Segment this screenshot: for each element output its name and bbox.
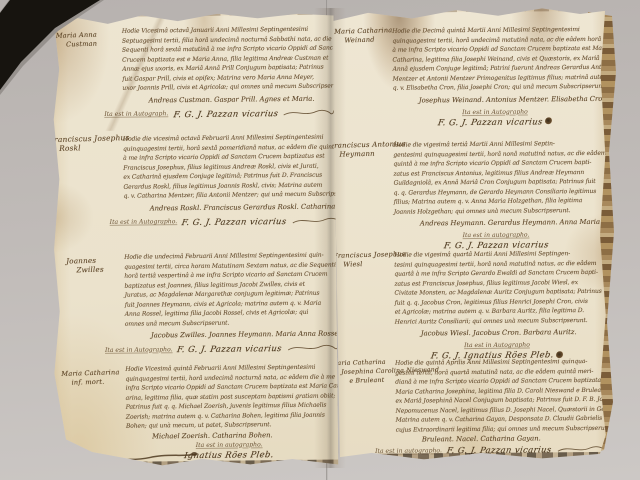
attestation-row: Ita est in autographo. F. G. J. Pazzan v… (394, 231, 598, 251)
margin-note: JoannesZwilles (66, 256, 104, 275)
manuscript-line: q. v. Catharina Mentzer, filia Antonii M… (124, 190, 330, 202)
entry-body-text: Hodie die vicesimâ octavâ Februarii Anni… (123, 133, 330, 202)
register-entry: Hodie Vicesimâ octavâ Januarii Anni Mill… (122, 25, 329, 120)
register-entry: Hodie die undecimâ Februarii Anni Milles… (124, 251, 331, 355)
attestation-row: Ita est in Autographo. F. G. J. Pazzan v… (125, 343, 331, 355)
witness-line: Bruleant. Nacel. Catharina Gayan. (422, 434, 600, 444)
flourish-icon (283, 107, 335, 118)
register-entry: Hodie die vigesimâ tertiâ Martii Anni Mi… (393, 139, 598, 251)
entry-body-text: Hodie die Decimâ quintâ Martii Anni Mill… (392, 25, 597, 93)
entry-body-text: Hodie die vigesimâ tertiâ Martii Anni Mi… (393, 139, 598, 217)
ink-blot (614, 445, 621, 452)
attestation-label: Ita est in autographo. (375, 447, 442, 455)
flourish-icon (287, 342, 339, 353)
register-entry: Hodie die vigesimâ quartâ Martii Anni Mi… (394, 249, 599, 361)
attestation-label: Ita est in Autographo (462, 108, 528, 116)
margin-note: Maria CatharinaWeinand (334, 26, 393, 46)
margin-note: Franciscus JosephusRoskl (49, 133, 130, 153)
manuscript-line: Custman (66, 40, 97, 50)
signature: F. G. J. Pazzan vicarius (437, 116, 543, 127)
manuscript-line: omnes unâ mecum Subscripserunt. (125, 317, 331, 329)
page-right: Maria CatharinaWeinand Franciscus Antoni… (328, 5, 616, 461)
manuscript-line: Zwilles (76, 265, 104, 275)
manuscript-line: Joannis Holzgethan; qui omnes unà mecum … (394, 205, 598, 216)
page-left: Maria AnnaCustman Franciscus JosephusRos… (46, 9, 339, 470)
attestation-label: Ita est in autographo. (196, 441, 263, 449)
signature: F. G. J. Pazzan vicarius (173, 108, 279, 119)
attestation-label: Ita est in autographo. (463, 231, 530, 239)
register-entry: Hodie die Decimâ quintâ Martii Anni Mill… (392, 25, 597, 127)
register-entry: Hodie die quintâ Aprilis Anni Millesimi … (395, 357, 600, 456)
manuscript-scan-photo: Maria AnnaCustman Franciscus JosephusRos… (0, 0, 640, 480)
attestation-label: Ita est in Autographo. (105, 346, 173, 354)
attestation-row: Ita est in Autograph. F. G. J. Pazzan vi… (123, 107, 329, 119)
register-entry: Hodie Vicesimâ quintâ Februarii Anni Mil… (125, 363, 332, 461)
manuscript-line: Roskl (59, 142, 130, 153)
manuscript-line: inf. mort. (71, 377, 119, 387)
witness-line: Jacobus Wiesl. Jacobus Cron. Barbara Aur… (421, 328, 599, 338)
manuscript-line: q. v. Elisabetha Cron, filia Josephi Cro… (393, 82, 597, 93)
signature: F. G. J. Pazzan vicarius (177, 343, 283, 354)
entry-body-text: Hodie die quintâ Aprilis Anni Millesimi … (395, 357, 600, 435)
margin-note: Maria AnnaCustman (56, 31, 98, 50)
witness-line: Josephus Weinand. Antonius Mentzer. Elis… (419, 94, 597, 104)
witness-line: Andreas Heymann. Gerardus Heymann. Anna … (420, 218, 598, 228)
manuscript-line: Henrici Auritz Consiliarii; qui omnes un… (395, 315, 599, 326)
attestation-row: Ita est in autographo. F. G. J. Pazzan v… (396, 444, 600, 456)
signature: F. G. J. Pazzan vicarius (446, 444, 552, 455)
entry-body-text: Hodie die vigesimâ quartâ Martii Anni Mi… (394, 249, 599, 327)
margin-note: Maria Catharinainf. mort. (61, 368, 120, 388)
signature-swash-icon (68, 448, 198, 463)
attestation-row: Ita est in Autographo. F. G. J. Pazzan v… (124, 215, 330, 227)
attestation-row: Ita est in autographo. Ignatius Röes Ple… (126, 440, 332, 460)
register-entry: Hodie die vicesimâ octavâ Februarii Anni… (123, 133, 330, 228)
attestation-row: Ita est in Autographo F. G. J. Pazzan vi… (393, 107, 597, 127)
witness-line: Andreas Roskl. Franciscus Gerardus Roskl… (150, 202, 330, 212)
signature-line: F. G. J. Pazzan vicarius (438, 116, 553, 127)
manuscript-line: Weinand (344, 35, 392, 45)
attestation-label: Ita est in Autograph. (104, 110, 168, 118)
manuscript-line: cujus Extraordinarii legitima filia; qui… (396, 423, 600, 434)
witness-line: Andreas Custman. Gaspar Prill. Agnes et … (148, 94, 328, 104)
attestation-label: Ita est in Autographo (464, 341, 530, 349)
entry-body-text: Hodie die undecimâ Februarii Anni Milles… (124, 251, 331, 329)
signature: F. G. J. Pazzan vicarius (181, 215, 287, 226)
entry-body-text: Hodie Vicesimâ octavâ Januarii Anni Mill… (122, 25, 329, 94)
witness-line: Michael Zoerish. Catharina Bohen. (152, 430, 332, 440)
entry-body-text: Hodie Vicesimâ quintâ Februarii Anni Mil… (125, 363, 332, 432)
attestation-label: Ita est in Autographo. (110, 218, 178, 226)
flourish-icon (557, 444, 609, 454)
witness-line: Jacobus Zwilles. Joannes Heymann. Maria … (151, 330, 331, 340)
manuscript-line: uxor Joannis Prill, civis et Agricolæ; q… (122, 82, 328, 94)
ink-blot (545, 117, 552, 124)
